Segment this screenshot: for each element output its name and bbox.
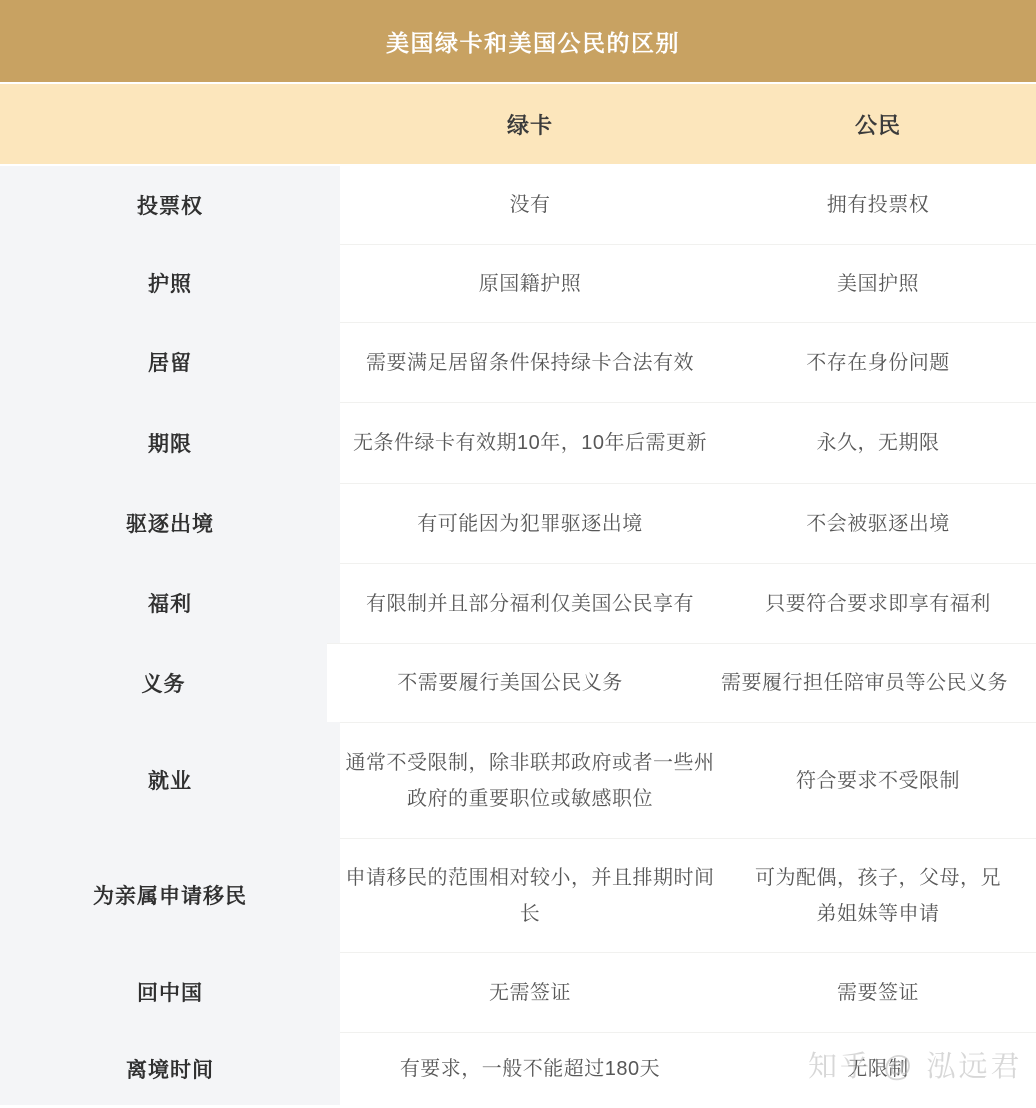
row-label: 离境时间 (0, 1032, 340, 1105)
green-card-cell: 通常不受限制，除非联邦政府或者一些州政府的重要职位或敏感职位 (340, 722, 720, 838)
green-card-cell: 不需要履行美国公民义务 (327, 643, 693, 722)
row-label: 就业 (0, 722, 340, 838)
citizen-cell: 美国护照 (720, 244, 1036, 322)
column-header-green-card: 绿卡 (340, 109, 720, 140)
column-header-citizen: 公民 (720, 109, 1036, 140)
green-card-cell: 有要求，一般不能超过180天 (340, 1032, 720, 1105)
table-row-time-abroad: 离境时间 有要求，一般不能超过180天 无限制 (0, 1032, 1036, 1105)
green-card-cell: 没有 (340, 166, 720, 244)
green-card-cell: 原国籍护照 (340, 244, 720, 322)
green-card-cell: 有可能因为犯罪驱逐出境 (340, 483, 720, 563)
table-row-duration: 期限 无条件绿卡有效期10年，10年后需更新 永久，无期限 (0, 402, 1036, 483)
row-label: 居留 (0, 322, 340, 402)
citizen-cell: 拥有投票权 (720, 166, 1036, 244)
table-row-voting: 投票权 没有 拥有投票权 (0, 166, 1036, 244)
page-title: 美国绿卡和美国公民的区别 (356, 25, 680, 58)
table-row-employment: 就业 通常不受限制，除非联邦政府或者一些州政府的重要职位或敏感职位 符合要求不受… (0, 722, 1036, 838)
table-row-obligations: 义务 不需要履行美国公民义务 需要履行担任陪审员等公民义务 (0, 643, 1036, 722)
table-row-return-china: 回中国 无需签证 需要签证 (0, 952, 1036, 1032)
row-label: 驱逐出境 (0, 483, 340, 563)
green-card-cell: 有限制并且部分福利仅美国公民享有 (340, 563, 720, 643)
comparison-table-page: 美国绿卡和美国公民的区别 绿卡 公民 投票权 没有 拥有投票权 护照 原国籍护照… (0, 0, 1036, 1108)
row-label: 投票权 (0, 166, 340, 244)
citizen-cell: 需要履行担任陪审员等公民义务 (693, 643, 1036, 722)
green-card-cell: 需要满足居留条件保持绿卡合法有效 (340, 322, 720, 402)
green-card-cell: 无需签证 (340, 952, 720, 1032)
row-label: 义务 (0, 643, 327, 722)
table-row-benefits: 福利 有限制并且部分福利仅美国公民享有 只要符合要求即享有福利 (0, 563, 1036, 643)
row-label: 回中国 (0, 952, 340, 1032)
table-row-family-immigration: 为亲属申请移民 申请移民的范围相对较小，并且排期时间长 可为配偶，孩子，父母，兄… (0, 838, 1036, 952)
row-label: 护照 (0, 244, 340, 322)
citizen-cell: 符合要求不受限制 (720, 722, 1036, 838)
green-card-cell: 无条件绿卡有效期10年，10年后需更新 (340, 402, 720, 483)
citizen-cell: 不会被驱逐出境 (720, 483, 1036, 563)
table-row-passport: 护照 原国籍护照 美国护照 (0, 244, 1036, 322)
title-bar: 美国绿卡和美国公民的区别 (0, 0, 1036, 82)
citizen-cell: 永久，无期限 (720, 402, 1036, 483)
row-label: 期限 (0, 402, 340, 483)
citizen-cell: 需要签证 (720, 952, 1036, 1032)
citizen-cell: 不存在身份问题 (720, 322, 1036, 402)
citizen-cell: 无限制 (720, 1032, 1036, 1105)
comparison-table: 投票权 没有 拥有投票权 护照 原国籍护照 美国护照 居留 需要满足居留条件保持… (0, 166, 1036, 1105)
column-header-row: 绿卡 公民 (0, 82, 1036, 166)
table-row-residence: 居留 需要满足居留条件保持绿卡合法有效 不存在身份问题 (0, 322, 1036, 402)
green-card-cell: 申请移民的范围相对较小，并且排期时间长 (340, 838, 720, 952)
row-label: 福利 (0, 563, 340, 643)
table-row-deportation: 驱逐出境 有可能因为犯罪驱逐出境 不会被驱逐出境 (0, 483, 1036, 563)
row-label: 为亲属申请移民 (0, 838, 340, 952)
citizen-cell: 可为配偶，孩子，父母，兄弟姐妹等申请 (720, 838, 1036, 952)
citizen-cell: 只要符合要求即享有福利 (720, 563, 1036, 643)
